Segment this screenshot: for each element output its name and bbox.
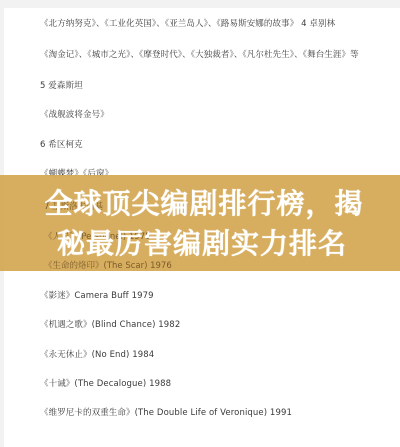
text-line: 《十诫》(The Decalogue) 1988 [40, 377, 171, 389]
section-heading: 6 希区柯克 [40, 138, 83, 150]
text-line: 《战舰波将金号》 [40, 108, 109, 120]
text-line: 《淘金记》、《城市之光》、《摩登时代》、《大独裁者》、《凡尔杜先生》、《舞台生涯… [40, 48, 359, 60]
banner-title-line2: 秘最厉害编剧实力排名 [2, 226, 400, 262]
text-line: 《北方纳努克》、《工业化英国》、《亚兰岛人》、《路易斯安娜的故事》 4 卓别林 [40, 17, 335, 29]
section-heading: 5 爱森斯坦 [40, 79, 83, 91]
text-line: 《永无休止》(No End) 1984 [40, 348, 154, 360]
banner-title-line1: 全球顶尖编剧排行榜，揭 [4, 186, 400, 222]
text-line: 《机遇之歌》(Blind Chance) 1982 [40, 318, 180, 330]
text-line: 《维罗尼卡的双重生命》(The Double Life of Veronique… [40, 406, 292, 418]
text-line: 《影迷》Camera Buff 1979 [40, 289, 154, 301]
